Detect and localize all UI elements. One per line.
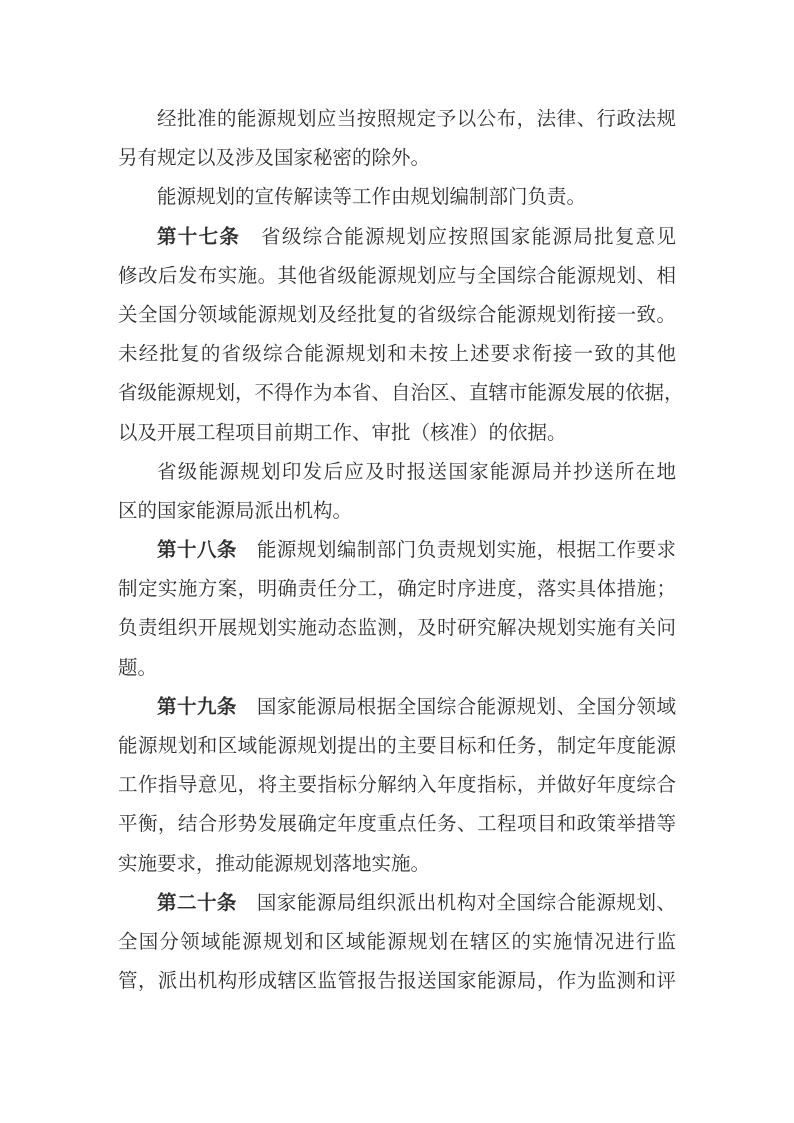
- text-line: 制定实施方案，明确责任分工，确定时序进度，落实具体措施；: [118, 570, 676, 609]
- line-text: 未经批复的省级综合能源规划和未按上述要求衔接一致的其他: [118, 344, 676, 365]
- line-text: 平衡，结合形势发展确定年度重点任务、工程项目和政策举措等: [118, 814, 676, 835]
- line-text: 国家能源局根据全国综合能源规划、全国分领域: [237, 697, 676, 718]
- text-line: 能源规划的宣传解读等工作由规划编制部门负责。: [118, 178, 676, 217]
- line-text: 能源规划和区域能源规划提出的主要目标和任务，制定年度能源: [118, 736, 676, 757]
- text-line: 未经批复的省级综合能源规划和未按上述要求衔接一致的其他: [118, 335, 676, 374]
- text-line: 工作指导意见，将主要指标分解纳入年度指标，并做好年度综合: [118, 766, 676, 805]
- line-text: 管，派出机构形成辖区监管报告报送国家能源局，作为监测和评: [118, 971, 676, 992]
- text-line: 全国分领域能源规划和区域能源规划在辖区的实施情况进行监: [118, 923, 676, 962]
- text-line-article-17: 第十七条 省级综合能源规划应按照国家能源局批复意见: [118, 218, 676, 257]
- text-line-article-19: 第十九条 国家能源局根据全国综合能源规划、全国分领域: [118, 688, 676, 727]
- line-text: 另有规定以及涉及国家秘密的除外。: [118, 148, 430, 169]
- line-text: 制定实施方案，明确责任分工，确定时序进度，落实具体措施；: [118, 579, 676, 600]
- line-text: 省级能源规划，不得作为本省、自治区、直辖市能源发展的依据，: [118, 383, 676, 404]
- text-line: 题。: [118, 649, 676, 688]
- line-text: 区的国家能源局派出机构。: [118, 501, 352, 522]
- line-text: 全国分领域能源规划和区域能源规划在辖区的实施情况进行监: [118, 932, 676, 953]
- text-line: 负责组织开展规划实施动态监测，及时研究解决规划实施有关问: [118, 609, 676, 648]
- text-line: 以及开展工程项目前期工作、审批（核准）的依据。: [118, 414, 676, 453]
- text-line: 管，派出机构形成辖区监管报告报送国家能源局，作为监测和评: [118, 962, 676, 1001]
- line-text: 以及开展工程项目前期工作、审批（核准）的依据。: [118, 423, 567, 444]
- line-text: 负责组织开展规划实施动态监测，及时研究解决规划实施有关问: [118, 618, 676, 639]
- text-line-article-18: 第十八条 能源规划编制部门负责规划实施，根据工作要求: [118, 531, 676, 570]
- line-text: 能源规划编制部门负责规划实施，根据工作要求: [237, 540, 676, 561]
- article-number: 第十九条: [157, 697, 237, 718]
- line-text: 工作指导意见，将主要指标分解纳入年度指标，并做好年度综合: [118, 775, 676, 796]
- text-line: 省级能源规划印发后应及时报送国家能源局并抄送所在地: [118, 453, 676, 492]
- line-text: 能源规划的宣传解读等工作由规划编制部门负责。: [157, 187, 586, 208]
- line-text: 国家能源局组织派出机构对全国综合能源规划、: [237, 893, 676, 914]
- line-text: 实施要求，推动能源规划落地实施。: [118, 854, 430, 875]
- article-number: 第十八条: [157, 540, 237, 561]
- line-text: 省级能源规划印发后应及时报送国家能源局并抄送所在地: [157, 462, 676, 483]
- line-text: 省级综合能源规划应按照国家能源局批复意见: [240, 227, 676, 248]
- document-page: 经批准的能源规划应当按照规定予以公布，法律、行政法规 另有规定以及涉及国家秘密的…: [0, 0, 794, 1123]
- text-line: 省级能源规划，不得作为本省、自治区、直辖市能源发展的依据，: [118, 374, 676, 413]
- text-line: 区的国家能源局派出机构。: [118, 492, 676, 531]
- text-line: 实施要求，推动能源规划落地实施。: [118, 845, 676, 884]
- line-text: 经批准的能源规划应当按照规定予以公布，法律、行政法规: [157, 109, 676, 130]
- document-text-block: 经批准的能源规划应当按照规定予以公布，法律、行政法规 另有规定以及涉及国家秘密的…: [118, 100, 676, 1001]
- text-line: 关全国分领域能源规划及经批复的省级综合能源规划衔接一致。: [118, 296, 676, 335]
- text-line: 修改后发布实施。其他省级能源规划应与全国综合能源规划、相: [118, 257, 676, 296]
- text-line: 能源规划和区域能源规划提出的主要目标和任务，制定年度能源: [118, 727, 676, 766]
- text-line-article-20: 第二十条 国家能源局组织派出机构对全国综合能源规划、: [118, 884, 676, 923]
- line-text: 修改后发布实施。其他省级能源规划应与全国综合能源规划、相: [118, 266, 676, 287]
- text-line: 另有规定以及涉及国家秘密的除外。: [118, 139, 676, 178]
- text-line: 经批准的能源规划应当按照规定予以公布，法律、行政法规: [118, 100, 676, 139]
- article-number: 第二十条: [157, 893, 237, 914]
- line-text: 题。: [118, 658, 157, 679]
- line-text: 关全国分领域能源规划及经批复的省级综合能源规划衔接一致。: [118, 305, 676, 326]
- text-line: 平衡，结合形势发展确定年度重点任务、工程项目和政策举措等: [118, 805, 676, 844]
- article-number: 第十七条: [157, 227, 240, 248]
